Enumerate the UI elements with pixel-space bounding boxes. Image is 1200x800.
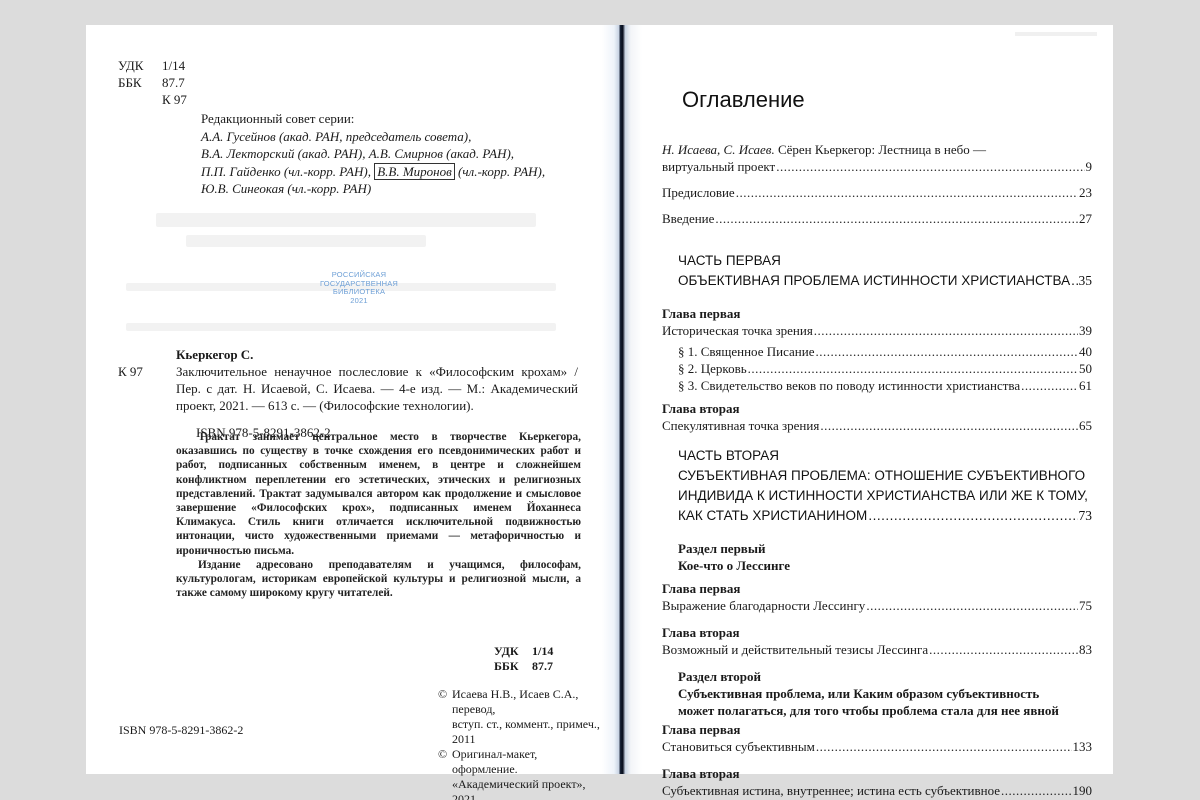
toc-section[interactable]: Раздел первый Кое-что о Лессинге	[678, 540, 1092, 574]
library-stamp: РОССИЙСКАЯ ГОСУДАРСТВЕННАЯ БИБЛИОТЕКА 20…	[314, 271, 404, 305]
toc-paragraph[interactable]: § 3. Свидетельство веков по поводу истин…	[678, 377, 1092, 394]
bleed-through	[1015, 32, 1097, 36]
toc-chapter[interactable]: Глава первая Историческая точка зрения39	[662, 305, 1092, 339]
board-member-line: П.П. Гайденко (чл.-корр. РАН), В.В. Миро…	[201, 163, 545, 181]
page-number: 75	[1079, 597, 1092, 614]
page-number: 39	[1079, 322, 1092, 339]
annotation-paragraph: Издание адресовано преподавателям и учащ…	[176, 558, 581, 601]
toc-paragraph[interactable]: § 2. Церковь50	[678, 360, 1092, 377]
page-number: 73	[1079, 506, 1093, 526]
annotation: Трактат занимает центральное место в тво…	[176, 430, 581, 600]
toc-chapter[interactable]: Глава вторая Возможный и действительный …	[662, 624, 1092, 658]
udk-code: УДК1/14	[118, 57, 187, 74]
record-classification: К 97	[118, 363, 176, 414]
leader-dots	[776, 158, 1084, 175]
toc-chapter[interactable]: Глава первая Становиться субъективным133	[662, 721, 1092, 755]
board-member-line: В.А. Лекторский (акад. РАН), А.В. Смирно…	[201, 145, 545, 163]
classification-codes: УДК1/14 ББК87.7 К 97	[118, 57, 187, 108]
page-number: 23	[1079, 184, 1092, 201]
editorial-board: Редакционный совет серии: А.А. Гусейнов …	[201, 110, 545, 198]
record-author: Кьеркегор С.	[176, 346, 578, 363]
contents-page: Оглавление Н. Исаева, С. Исаев. Сёрен Кь…	[642, 25, 1113, 774]
toc-part-two[interactable]: ЧАСТЬ ВТОРАЯ СУБЪЕКТИВНАЯ ПРОБЛЕМА: ОТНО…	[678, 446, 1092, 526]
page-number: 190	[1073, 782, 1093, 799]
page-number: 61	[1079, 377, 1092, 394]
page-number: 133	[1073, 738, 1093, 755]
imprint-page: УДК1/14 ББК87.7 К 97 Редакционный совет …	[86, 25, 602, 774]
bleed-through	[156, 213, 536, 227]
bleed-through	[186, 235, 426, 247]
page-number: 9	[1086, 158, 1093, 175]
bbk-code: ББК87.7	[118, 74, 187, 91]
annotation-paragraph: Трактат занимает центральное место в тво…	[176, 430, 581, 558]
toc-chapter[interactable]: Глава вторая Субъективная истина, внутре…	[662, 765, 1092, 799]
table-of-contents: Н. Исаева, С. Исаев. Сёрен Кьеркегор: Ле…	[662, 141, 1092, 799]
book-spread: УДК1/14 ББК87.7 К 97 Редакционный совет …	[86, 25, 1113, 774]
toc-section[interactable]: Раздел второй Субъективная проблема, или…	[678, 668, 1092, 719]
toc-paragraph[interactable]: § 1. Священное Писание40	[678, 343, 1092, 360]
isbn-bottom: ISBN 978-5-8291-3862-2	[119, 723, 243, 738]
bibliographic-record: Кьеркегор С. К 97 Заключительное ненаучн…	[118, 346, 578, 441]
board-member-line: А.А. Гусейнов (акад. РАН, председатель с…	[201, 128, 545, 146]
author-mark: К 97	[118, 91, 187, 108]
copyright-icon: ©	[438, 747, 452, 777]
record-description: Заключительное ненаучное послесловие к «…	[176, 363, 578, 414]
book-spine-gutter	[602, 25, 642, 774]
board-member-line: Ю.В. Синеокая (чл.-корр. РАН)	[201, 180, 545, 198]
page-number: 27	[1079, 210, 1092, 227]
page-number: 35	[1079, 271, 1093, 291]
copyright-icon: ©	[438, 687, 452, 717]
page-number: 65	[1079, 417, 1092, 434]
toc-chapter[interactable]: Глава первая Выражение благодарности Лес…	[662, 580, 1092, 614]
page-number: 40	[1079, 343, 1092, 360]
toc-part-one[interactable]: ЧАСТЬ ПЕРВАЯ ОБЪЕКТИВНАЯ ПРОБЛЕМА ИСТИНН…	[678, 251, 1092, 291]
toc-entry-introduction[interactable]: Введение27	[662, 210, 1092, 227]
highlighted-name: В.В. Миронов	[374, 163, 455, 180]
toc-chapter[interactable]: Глава вторая Спекулятивная точка зрения6…	[662, 400, 1092, 434]
bottom-classification-codes: УДК1/14 ББК87.7	[494, 644, 553, 674]
bleed-through	[126, 323, 556, 331]
page-number: 83	[1079, 641, 1092, 658]
toc-entry-preface[interactable]: Предисловие23	[662, 184, 1092, 201]
copyright-notice: ©Исаева Н.В., Исаев С.А., перевод, вступ…	[438, 687, 602, 800]
page-number: 50	[1079, 360, 1092, 377]
editorial-board-heading: Редакционный совет серии:	[201, 110, 545, 128]
toc-entry-intro[interactable]: Н. Исаева, С. Исаев. Сёрен Кьеркегор: Ле…	[662, 141, 1092, 175]
page-title: Оглавление	[682, 87, 805, 113]
